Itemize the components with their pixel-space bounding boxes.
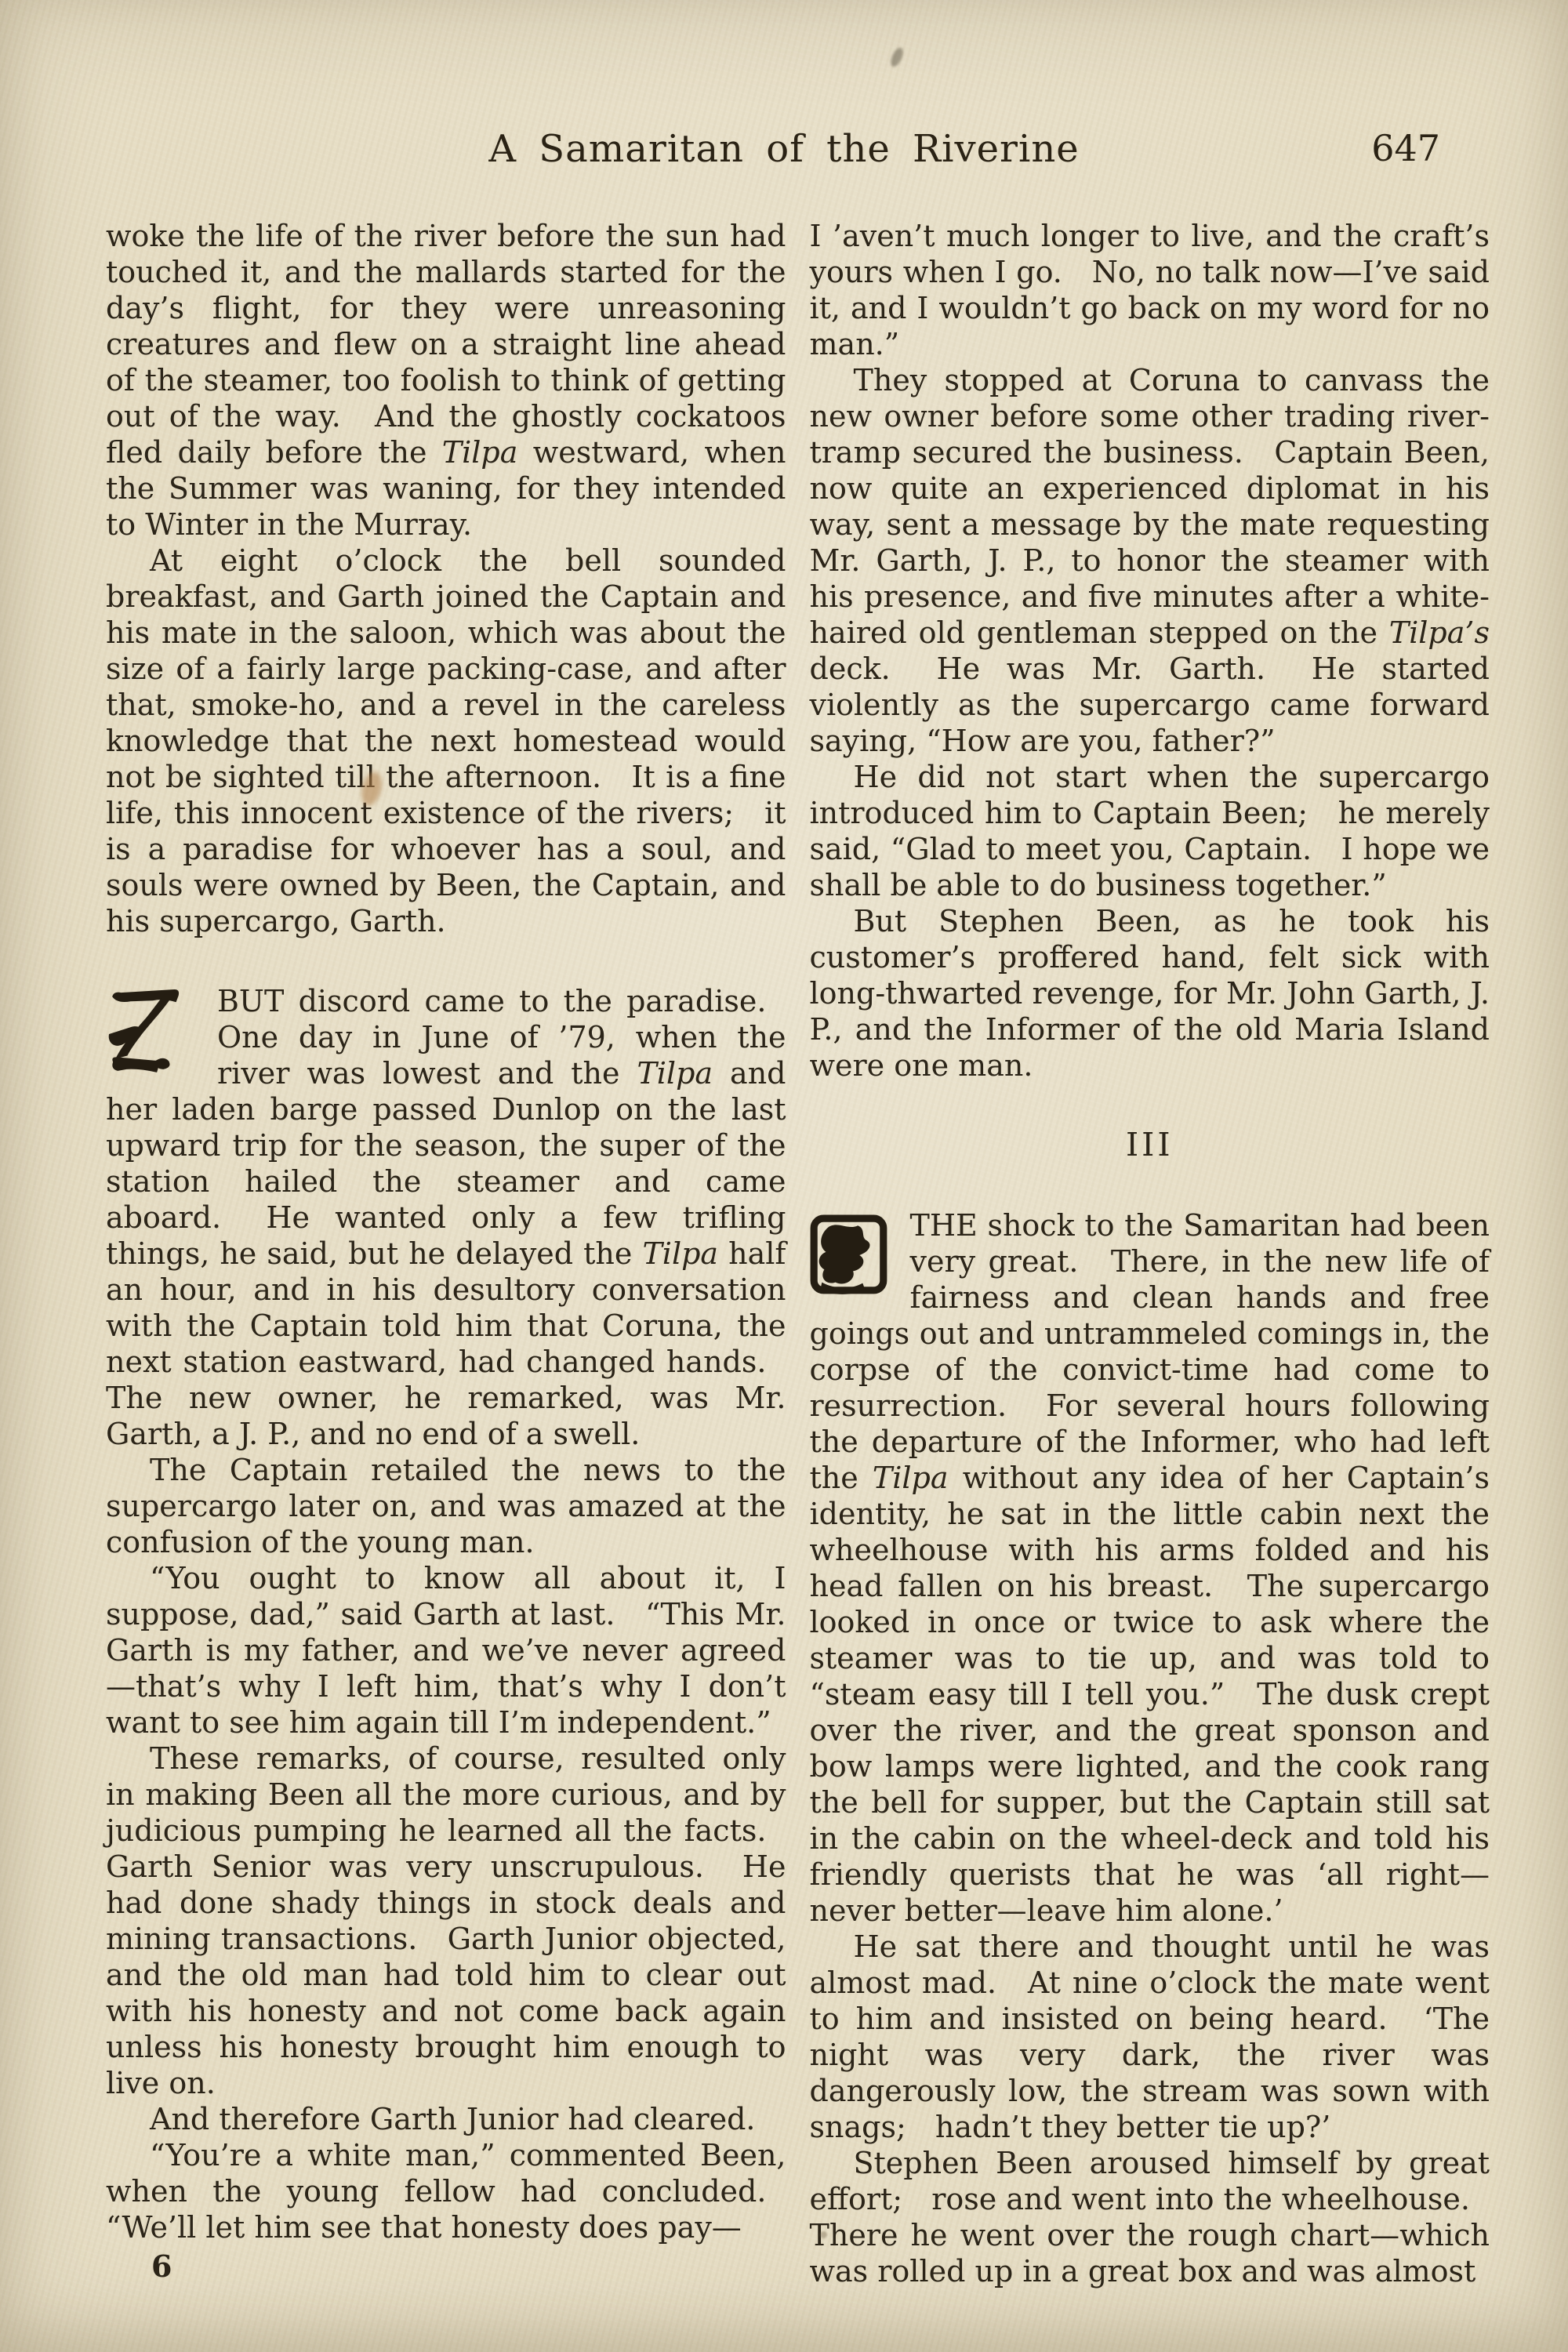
paragraph: These remarks, of course, resulted only … [106,1740,786,2101]
paragraph: They stopped at Coruna to canvass the ne… [810,362,1490,759]
paragraph: “You’re a white man,” commented Been, wh… [106,2137,786,2245]
paragraph: And therefore Garth Junior had cleared. [106,2101,786,2137]
paragraph: He sat there and thought until he was al… [810,1929,1490,2145]
paragraph: Stephen Been aroused himself by great ef… [810,2145,1490,2289]
paragraph: “You ought to know all about it, I suppo… [106,1560,786,1740]
right-column: I ’aven’t much longer to live, and the c… [810,218,1490,2289]
text-block: woke the life of the river before the su… [106,218,1490,2289]
page-number: 647 [1371,127,1440,169]
ornamental-initial-flourish-icon [106,983,217,1080]
paragraph: BUT discord came to the paradise. One da… [106,983,786,1452]
paragraph: At eight o’clock the bell sounded breakf… [106,543,786,939]
paragraph: THE shock to the Samaritan had been very… [810,1207,1490,1929]
paragraph: The Captain retailed the news to the sup… [106,1452,786,1560]
paragraph: I ’aven’t much longer to live, and the c… [810,218,1490,362]
signature-mark: 6 [106,2249,786,2284]
paragraph: woke the life of the river before the su… [106,218,786,543]
left-column: woke the life of the river before the su… [106,218,786,2289]
scanned-book-page: { "page": { "background_color": "#e6ddc4… [0,0,1568,2352]
paragraph: But Stephen Been, as he took his custome… [810,903,1490,1083]
page-title: A Samaritan of the Riverine [106,127,1462,171]
paragraph: He did not start when the supercargo int… [810,759,1490,903]
scan-speck [888,46,906,69]
ornamental-initial-block-icon [810,1207,910,1301]
section-heading: III [810,1126,1490,1163]
running-head: A Samaritan of the Riverine 647 [106,127,1462,182]
